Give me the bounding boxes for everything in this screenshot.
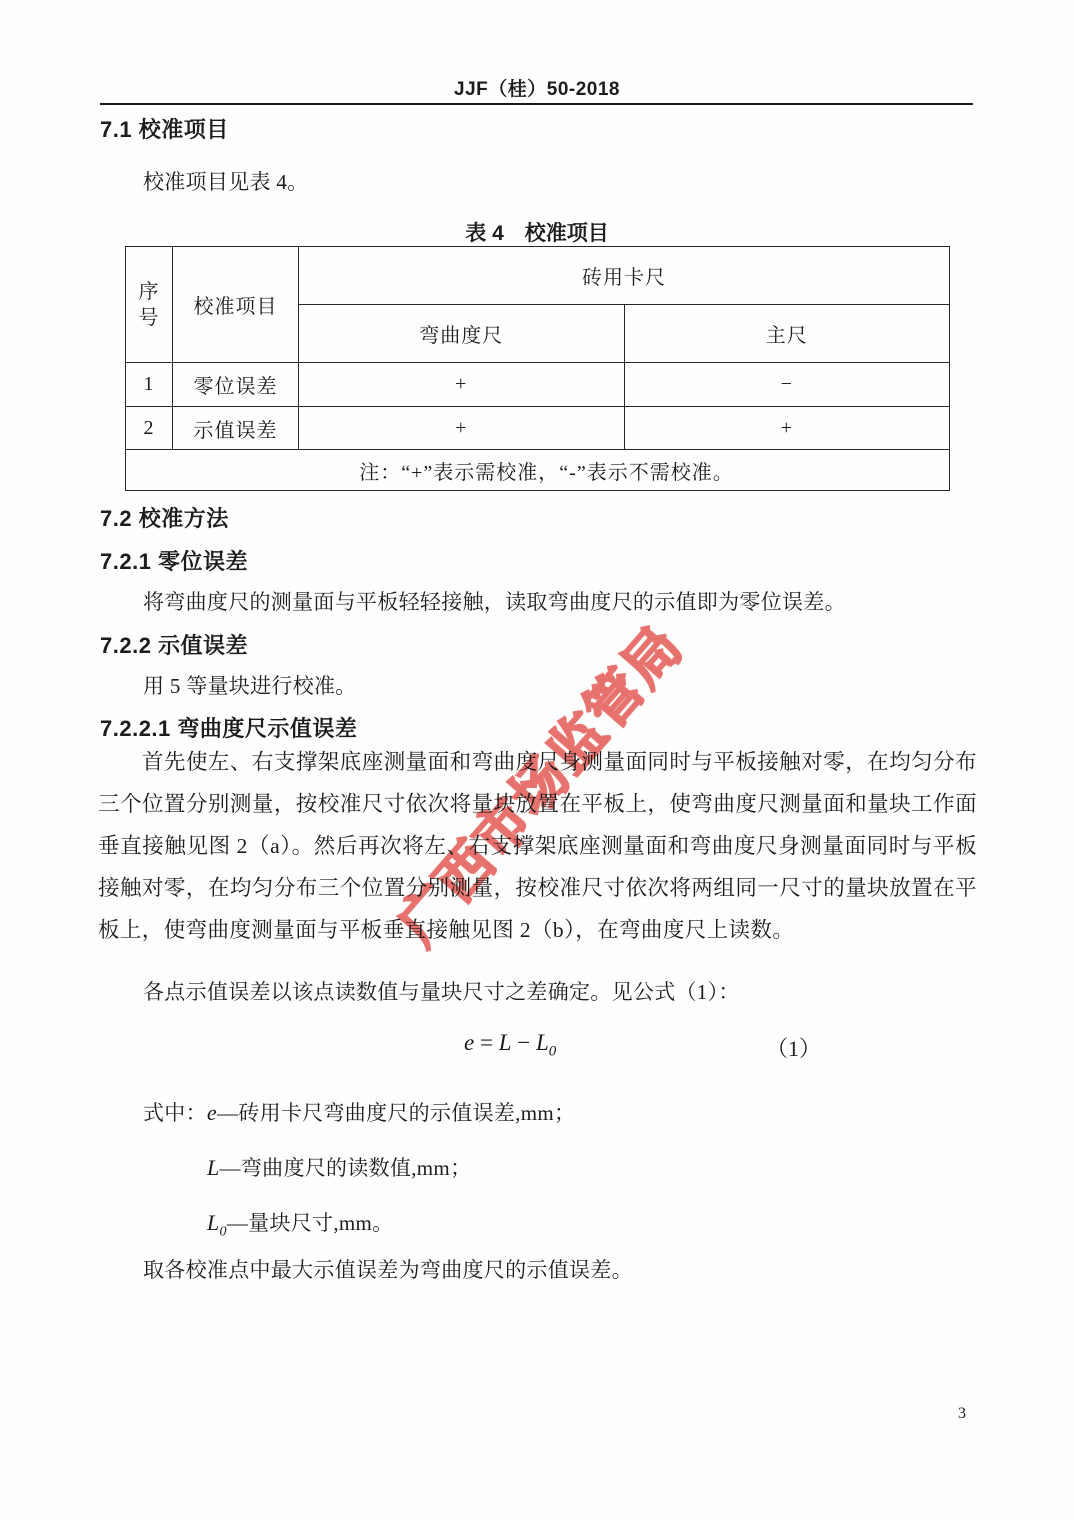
cell-row2-item: 示值误差 [173, 407, 299, 450]
table-row: 1 零位误差 + − [126, 363, 950, 407]
symbol-e-description: —砖用卡尺弯曲度尺的示值误差,mm； [217, 1101, 575, 1125]
paragraph-7-2-2: 用 5 等量块进行校准。 [143, 670, 357, 700]
paragraph-7-2-1: 将弯曲度尺的测量面与平板轻轻接触，读取弯曲度尺的示值即为零位误差。 [143, 586, 846, 616]
formula-term-L: L [499, 1030, 512, 1055]
cell-row1-bend: + [299, 363, 625, 407]
header-divider-rule [100, 103, 973, 105]
table-4-caption: 表 4 校准项目 [0, 217, 1074, 247]
formula-number-label: （1） [766, 1032, 821, 1063]
formula-subscript-0: 0 [549, 1044, 557, 1060]
formula-minus-sign: − [512, 1030, 536, 1055]
table-note-text: 注：“+”表示需校准，“-”表示不需校准。 [126, 450, 950, 491]
heading-7-2: 7.2 校准方法 [100, 502, 229, 533]
where-clause-L0: L0—量块尺寸,mm。 [207, 1207, 393, 1240]
symbol-L0: L0 [207, 1210, 227, 1235]
header-cell-group: 砖用卡尺 [299, 247, 950, 305]
where-clause-e: 式中：e—砖用卡尺弯曲度尺的示值误差,mm； [143, 1097, 575, 1127]
seq-no-char-1: 序 [126, 279, 172, 305]
formula-lhs: e [464, 1030, 474, 1055]
header-cell-main-scale: 主尺 [624, 305, 950, 363]
formula-row: e = L − L0 （1） [0, 1030, 1074, 1066]
cell-row2-no: 2 [126, 407, 173, 450]
heading-7-1: 7.1 校准项目 [100, 113, 229, 144]
symbol-e: e [207, 1100, 217, 1125]
paragraph-closing: 取各校准点中最大示值误差为弯曲度尺的示值误差。 [143, 1254, 633, 1284]
header-cell-item: 校准项目 [173, 247, 299, 363]
cell-row1-no: 1 [126, 363, 173, 407]
formula-term-L0-base: L [536, 1030, 549, 1055]
calibration-items-table: 序 号 校准项目 砖用卡尺 弯曲度尺 主尺 1 零位误差 + − 2 示值误差 … [125, 246, 950, 491]
heading-7-2-2-1: 7.2.2.1 弯曲度尺示值误差 [100, 712, 357, 743]
paragraph-formula-intro: 各点示值误差以该点读数值与量块尺寸之差确定。见公式（1）： [143, 976, 740, 1006]
document-page: 广西市场监管局 JJF（桂）50-2018 7.1 校准项目 校准项目见表 4。… [0, 0, 1074, 1520]
paragraph-7-1-intro: 校准项目见表 4。 [143, 166, 308, 196]
heading-7-2-2: 7.2.2 示值误差 [100, 629, 248, 660]
heading-7-2-1: 7.2.1 零位误差 [100, 545, 248, 576]
document-header-title: JJF（桂）50-2018 [0, 74, 1074, 101]
header-cell-seq-no: 序 号 [126, 247, 173, 363]
table-row: 2 示值误差 + + [126, 407, 950, 450]
symbol-L0-description: —量块尺寸,mm。 [227, 1211, 394, 1235]
symbol-L0-subscript: 0 [220, 1224, 227, 1239]
formula-e-equals-L-minus-L0: e = L − L0 [464, 1030, 556, 1061]
cell-row2-bend: + [299, 407, 625, 450]
seq-no-char-2: 号 [126, 305, 172, 331]
page-number: 3 [958, 1405, 966, 1423]
paragraph-procedure: 首先使左、右支撑架底座测量面和弯曲度尺身测量面同时与平板接触对零，在均匀分布三个… [98, 741, 977, 951]
symbol-L-description: —弯曲度尺的读数值,mm； [220, 1156, 472, 1180]
where-clause-L: L—弯曲度尺的读数值,mm； [207, 1152, 471, 1182]
cell-row1-main: − [624, 363, 950, 407]
table-header-row-1: 序 号 校准项目 砖用卡尺 [126, 247, 950, 305]
cell-row1-item: 零位误差 [173, 363, 299, 407]
where-label: 式中： [143, 1101, 207, 1125]
table-note-row: 注：“+”表示需校准，“-”表示不需校准。 [126, 450, 950, 491]
cell-row2-main: + [624, 407, 950, 450]
formula-equals-sign: = [474, 1030, 498, 1055]
symbol-L: L [207, 1155, 220, 1180]
header-cell-bend-scale: 弯曲度尺 [299, 305, 625, 363]
symbol-L0-base: L [207, 1210, 220, 1235]
